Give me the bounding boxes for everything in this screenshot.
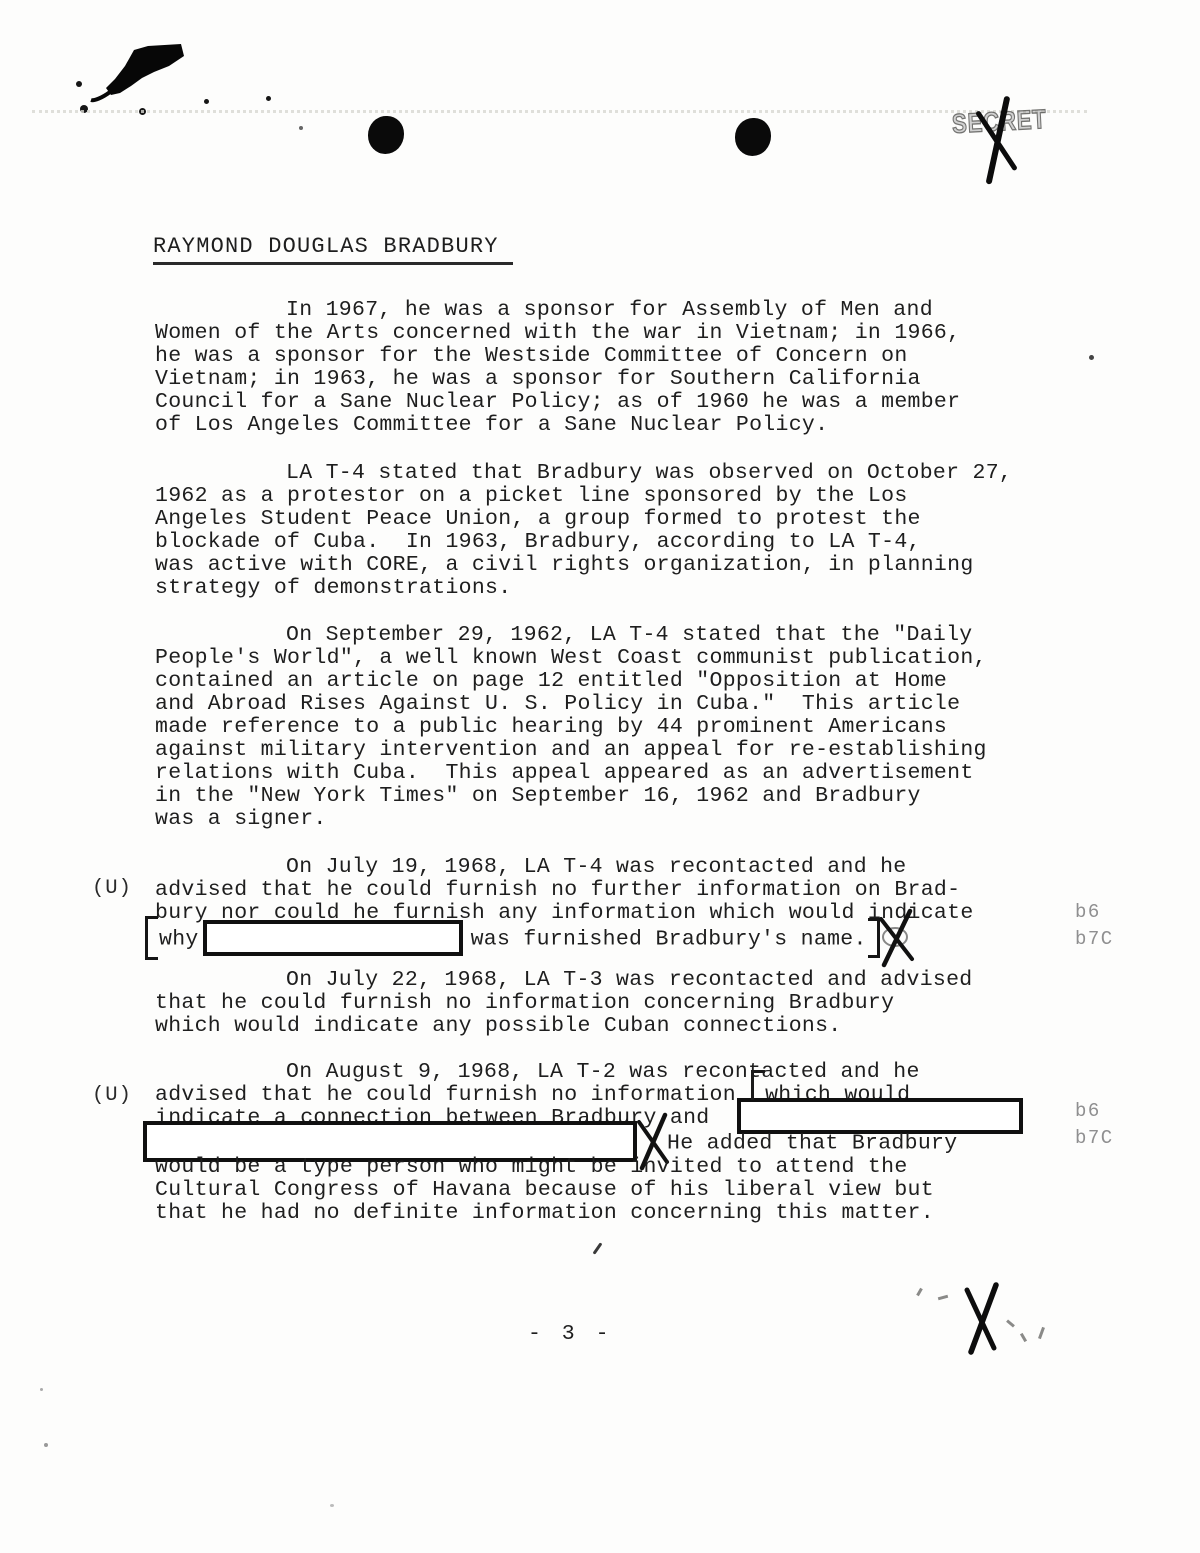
scan-speck <box>330 1504 334 1507</box>
text-line: that he could furnish no information con… <box>155 992 973 1015</box>
text-line-redacted: He added that Bradbury <box>155 1130 1023 1156</box>
u-classification-marker-1: (U) <box>92 877 132 900</box>
text-line: contained an article on page 12 entitled… <box>155 670 987 693</box>
text-segment: He added that Bradbury <box>667 1132 957 1156</box>
text-line: On July 22, 1968, LA T-3 was recontacted… <box>155 969 973 992</box>
hole-punch-dot-right <box>735 118 771 156</box>
hole-punch-dot-left <box>368 116 404 154</box>
text-line: relations with Cuba. This appeal appeare… <box>155 762 987 785</box>
text-line: strategy of demonstrations. <box>155 577 1012 600</box>
pen-stroke-mark <box>593 1242 603 1254</box>
crossed-out-x-mark <box>876 907 918 969</box>
text-line: On September 29, 1962, LA T-4 stated tha… <box>155 624 987 647</box>
text-line: was active with CORE, a civil rights org… <box>155 554 1012 577</box>
page-number: - 3 - <box>528 1322 613 1346</box>
scanned-document-page: SECRET RAYMOND DOUGLAS BRADBURY In 1967,… <box>0 0 1200 1553</box>
text-line: advised that he could furnish no further… <box>155 879 974 902</box>
text-line: against military intervention and an app… <box>155 739 987 762</box>
scan-speck <box>40 1388 43 1391</box>
text-line: People's World", a well known West Coast… <box>155 647 987 670</box>
redaction-box-2 <box>737 1098 1023 1134</box>
text-line: blockade of Cuba. In 1963, Bradbury, acc… <box>155 531 1012 554</box>
scan-artifact-dotted-line <box>32 110 1087 113</box>
text-line: was a signer. <box>155 808 987 831</box>
text-line: and Abroad Rises Against U. S. Policy in… <box>155 693 987 716</box>
ink-blob <box>88 40 213 112</box>
pen-tick <box>1038 1327 1045 1339</box>
text-line: that he had no definite information conc… <box>155 1202 1023 1225</box>
paragraph-3: On September 29, 1962, LA T-4 stated tha… <box>155 624 987 831</box>
pen-tick <box>1020 1333 1027 1342</box>
text-line: in the "New York Times" on September 16,… <box>155 785 987 808</box>
declassification-stamp: SECRET <box>951 103 1068 140</box>
ink-speck <box>1089 355 1094 360</box>
exemption-codes-1: b6 b7C <box>1075 899 1114 953</box>
text-line: Council for a Sane Nuclear Policy; as of… <box>155 391 960 414</box>
paragraph-6: On August 9, 1968, LA T-2 was recontacte… <box>155 1061 1023 1225</box>
redaction-suffix-text: was furnished Bradbury's name. <box>471 928 867 952</box>
text-segment: advised that he could furnish no informa… <box>155 1083 749 1107</box>
bottom-x-mark <box>958 1282 1008 1358</box>
paragraph-5: On July 22, 1968, LA T-3 was recontacted… <box>155 969 973 1038</box>
handwritten-corner-bracket <box>751 1070 765 1100</box>
redaction-box-1 <box>203 920 463 956</box>
text-line: made reference to a public hearing by 44… <box>155 716 987 739</box>
text-line-redacted: whywas furnished Bradbury's name. <box>155 925 974 953</box>
ink-speck <box>266 96 271 101</box>
exemption-codes-2: b6 b7C <box>1075 1098 1114 1152</box>
text-line: he was a sponsor for the Westside Commit… <box>155 345 960 368</box>
text-line: In 1967, he was a sponsor for Assembly o… <box>155 299 960 322</box>
paragraph-4: On July 19, 1968, LA T-4 was recontacted… <box>155 856 974 953</box>
text-line: which would indicate any possible Cuban … <box>155 1015 973 1038</box>
redaction-prefix-text: why <box>159 928 199 952</box>
text-line: LA T-4 stated that Bradbury was observed… <box>155 462 1012 485</box>
pen-tick <box>938 1295 948 1300</box>
text-line: Angeles Student Peace Union, a group for… <box>155 508 1012 531</box>
text-line: Cultural Congress of Havana because of h… <box>155 1179 1023 1202</box>
text-line: Vietnam; in 1963, he was a sponsor for S… <box>155 368 960 391</box>
stamp-x-mark-icon <box>973 95 1026 185</box>
ink-speck <box>204 99 209 104</box>
text-line: Women of the Arts concerned with the war… <box>155 322 960 345</box>
text-line: would be a type person who might be invi… <box>155 1156 1023 1179</box>
text-line: 1962 as a protestor on a picket line spo… <box>155 485 1012 508</box>
scan-speck <box>44 1443 48 1447</box>
ink-speck <box>299 126 303 130</box>
text-line: of Los Angeles Committee for a Sane Nucl… <box>155 414 960 437</box>
page-title: RAYMOND DOUGLAS BRADBURY <box>153 234 513 265</box>
handwritten-open-bracket <box>145 916 158 960</box>
u-classification-marker-2: (U) <box>92 1084 132 1107</box>
text-line: On August 9, 1968, LA T-2 was recontacte… <box>155 1061 1023 1084</box>
pen-tick <box>916 1288 923 1296</box>
text-line: On July 19, 1968, LA T-4 was recontacted… <box>155 856 974 879</box>
paragraph-1: In 1967, he was a sponsor for Assembly o… <box>155 299 960 437</box>
paragraph-2: LA T-4 stated that Bradbury was observed… <box>155 462 1012 600</box>
ink-speck <box>76 81 82 87</box>
